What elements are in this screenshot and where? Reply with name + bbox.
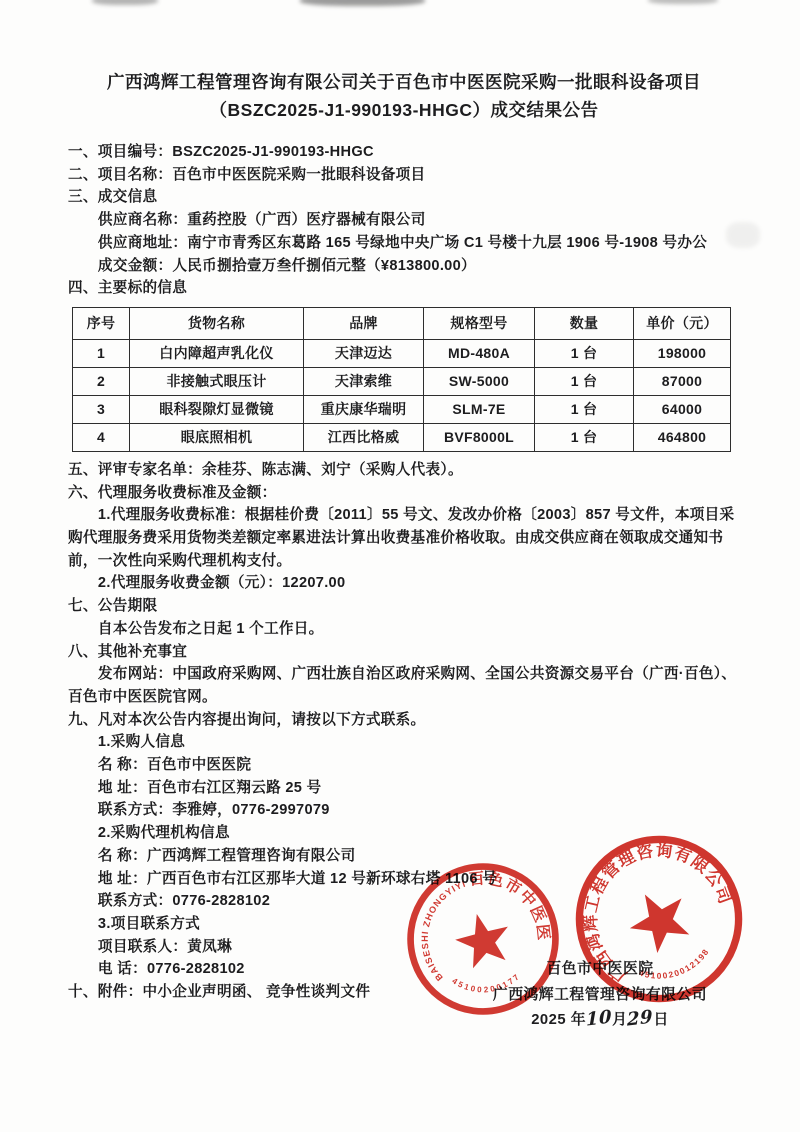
doc-line: 七、公告期限 [68,595,742,618]
doc-line: 发布网站：中国政府采购网、广西壮族自治区政府采购网、全国公共资源交易平台（广西·… [68,663,742,708]
goods-table: 序号货物名称品牌规格型号数量单价（元） 1白内障超声乳化仪天津迈达MD-480A… [72,307,731,452]
goods-cell: 眼科裂隙灯显微镜 [130,395,304,423]
doc-line: 九、凡对本次公告内容提出询问，请按以下方式联系。 [68,709,742,732]
goods-cell: 非接触式眼压计 [130,367,304,395]
goods-cell: 重庆康华瑞明 [304,395,424,423]
doc-line: 八、其他补充事宜 [68,641,742,664]
goods-table-row: 4眼底照相机江西比格威BVF8000L1 台464800 [73,423,731,451]
goods-column-header: 品牌 [304,307,424,339]
goods-column-header: 单价（元） [634,307,731,339]
svg-text:45100200177: 45100200177 [449,961,525,1003]
scan-smudge [300,0,425,6]
goods-column-header: 规格型号 [424,307,535,339]
goods-cell: 眼底照相机 [130,423,304,451]
goods-cell: 1 台 [535,395,634,423]
signature-date-month-handwritten: 10 [586,1008,612,1029]
doc-line: 1.代理服务收费标准：根据桂价费〔2011〕55 号文、发改办价格〔2003〕8… [68,504,742,572]
goods-column-header: 货物名称 [130,307,304,339]
goods-cell: 1 台 [535,423,634,451]
doc-line: 成交金额：人民币捌拾壹万叁仟捌佰元整（¥813800.00） [68,255,742,278]
goods-cell: 464800 [634,423,731,451]
goods-cell: 87000 [634,367,731,395]
goods-cell: 64000 [634,395,731,423]
seal-star-icon [450,907,515,970]
goods-table-row: 2非接触式眼压计天津索维SW-50001 台87000 [73,367,731,395]
scan-smudge [648,0,718,4]
doc-line: 2.代理服务收费金额（元）：12207.00 [68,572,742,595]
doc-line: 三、成交信息 [68,186,742,209]
doc-line: 四、主要标的信息 [68,277,742,300]
signature-date-year: 2025 年 [531,1012,586,1028]
doc-line: 地 址：百色市右江区翔云路 25 号 [68,777,742,800]
goods-cell: 198000 [634,339,731,367]
goods-cell: 1 [73,339,130,367]
seal-star-icon [619,880,699,959]
document-page: 广西鸿辉工程管理咨询有限公司关于百色市中医医院采购一批眼科设备项目 （BSZC2… [0,0,800,1132]
scan-smudge [92,0,158,5]
goods-cell: 天津迈达 [304,339,424,367]
goods-cell: 白内障超声乳化仪 [130,339,304,367]
goods-cell: 3 [73,395,130,423]
document-title-line1: 广西鸿辉工程管理咨询有限公司关于百色市中医医院采购一批眼科设备项目 [64,68,744,96]
goods-cell: 1 台 [535,367,634,395]
goods-cell: 天津索维 [304,367,424,395]
goods-cell: 江西比格威 [304,423,424,451]
goods-column-header: 序号 [73,307,130,339]
doc-line: 六、代理服务收费标准及金额： [68,482,742,505]
body-lines-before-table: 一、项目编号：BSZC2025-J1-990193-HHGC二、项目名称：百色市… [68,141,742,300]
doc-line: 名 称：百色市中医医院 [68,754,742,777]
goods-table-header-row: 序号货物名称品牌规格型号数量单价（元） [73,307,731,339]
doc-line: 自本公告发布之日起 1 个工作日。 [68,618,742,641]
doc-line: 供应商名称：重药控股（广西）医疗器械有限公司 [68,209,742,232]
goods-table-row: 1白内障超声乳化仪天津迈达MD-480A1 台198000 [73,339,731,367]
doc-line: 1.采购人信息 [68,731,742,754]
doc-line: 供应商地址：南宁市青秀区东葛路 165 号绿地中央广场 C1 号楼十九层 190… [68,232,742,255]
document-title: 广西鸿辉工程管理咨询有限公司关于百色市中医医院采购一批眼科设备项目 （BSZC2… [64,68,744,124]
goods-cell: SLM-7E [424,395,535,423]
document-title-line2: （BSZC2025-J1-990193-HHGC）成交结果公告 [64,96,744,124]
goods-table-row: 3眼科裂隙灯显微镜重庆康华瑞明SLM-7E1 台64000 [73,395,731,423]
goods-cell: SW-5000 [424,367,535,395]
doc-line: 联系方式：李雅婷，0776-2997079 [68,799,742,822]
goods-cell: MD-480A [424,339,535,367]
seal-serial-number: 45100200177 [449,961,525,1003]
doc-line: 一、项目编号：BSZC2025-J1-990193-HHGC [68,141,742,164]
doc-line: 五、评审专家名单：余桂芬、陈志满、刘宁（采购人代表）。 [68,459,742,482]
goods-cell: 2 [73,367,130,395]
doc-line: 二、项目名称：百色市中医医院采购一批眼科设备项目 [68,164,742,187]
goods-cell: BVF8000L [424,423,535,451]
goods-cell: 1 台 [535,339,634,367]
goods-column-header: 数量 [535,307,634,339]
goods-cell: 4 [73,423,130,451]
